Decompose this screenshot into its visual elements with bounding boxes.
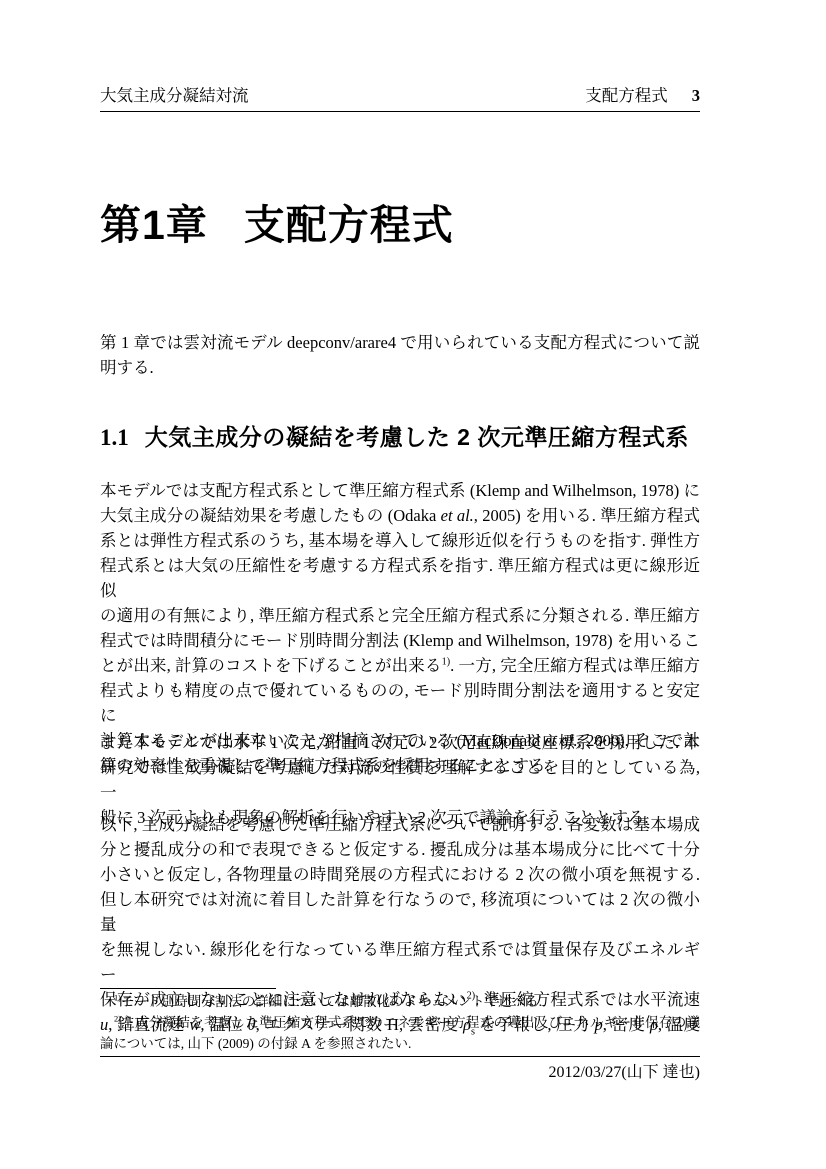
- section-heading: 1.1大気主成分の凝結を考慮した 2 次元準圧縮方程式系: [100, 422, 720, 453]
- footnote-2: 2)主成分凝結を考慮した準圧縮方程式系でのエネルギー方程式の導出及びエネルギー非…: [100, 1012, 700, 1054]
- text-line: 論については, 山下 (2009) の付録 A を参照されたい.: [100, 1033, 700, 1054]
- text-line: 分と擾乱成分の和で表現できると仮定する. 擾乱成分は基本場成分に比べて十分: [100, 837, 700, 862]
- text-line: 程式よりも精度の点で優れているものの, モード別時間分割法を適用すると安定に: [100, 678, 700, 728]
- text-line: 以下, 主成分凝結を考慮した準圧縮方程式系について説明する. 各変数は基本場成: [100, 812, 700, 837]
- text-line: とが出来, 計算のコストを下げることが出来る1). 一方, 完全圧縮方程式は準圧…: [100, 653, 700, 678]
- text-line: 大気主成分の凝結効果を考慮したもの (Odaka et al., 2005) を…: [100, 503, 700, 528]
- footnote-1: 1)モード別時間分割法の詳細については離散化のドキュメントで述べる.: [100, 991, 700, 1012]
- document-page: 大気主成分凝結対流 支配方程式 3 第1章支配方程式 第 1 章では雲対流モデル…: [0, 0, 826, 1169]
- text-line: 系とは弾性方程式系のうち, 基本場を導入して線形近似を行うものを指す. 弾性方: [100, 528, 700, 553]
- footer-date-author: 2012/03/27(山下 達也): [100, 1062, 700, 1084]
- page-header: 大気主成分凝結対流 支配方程式 3: [100, 86, 700, 112]
- intro-paragraph: 第 1 章では雲対流モデル deepconv/arare4 で用いられている支配…: [100, 330, 700, 380]
- footer-rule: [100, 1056, 700, 1057]
- section-number: 1.1: [100, 425, 129, 450]
- chapter-heading: 第1章支配方程式: [100, 200, 720, 250]
- text-line: 但し本研究では対流に着目した計算を行なうので, 移流項については 2 次の微小量: [100, 887, 700, 937]
- header-page-number: 3: [692, 86, 700, 106]
- header-right-group: 支配方程式 3: [585, 86, 700, 106]
- chapter-title: 支配方程式: [244, 202, 454, 248]
- text-line: また本モデルでは水平 1 次元, 鉛直 1 次元の 2 次元直線直交座標系を採用…: [100, 730, 700, 755]
- chapter-number: 第1章: [100, 202, 208, 248]
- footnote-rule: [100, 988, 276, 989]
- text-line: 程式では時間積分にモード別時間分割法 (Klemp and Wilhelmson…: [100, 628, 700, 653]
- text-line: 1)モード別時間分割法の詳細については離散化のドキュメントで述べる.: [100, 991, 700, 1012]
- header-section-title: 支配方程式: [585, 86, 668, 106]
- section-title: 大気主成分の凝結を考慮した 2 次元準圧縮方程式系: [145, 424, 689, 450]
- text-line: 明する.: [100, 355, 700, 380]
- text-line: 程式系とは大気の圧縮性を考慮する方程式系を指す. 準圧縮方程式は更に線形近似: [100, 553, 700, 603]
- text-line: 研究では主成分凝結を考慮した対流の性質を理解することを目的としている為, 一: [100, 755, 700, 805]
- text-line: 小さいと仮定し, 各物理量の時間発展の方程式における 2 次の微小項を無視する.: [100, 862, 700, 887]
- header-left-title: 大気主成分凝結対流: [100, 86, 249, 106]
- text-line: を無視しない. 線形化を行なっている準圧縮方程式系では質量保存及びエネルギー: [100, 937, 700, 987]
- text-line: 本モデルでは支配方程式系として準圧縮方程式系 (Klemp and Wilhel…: [100, 478, 700, 503]
- text-line: の適用の有無により, 準圧縮方程式系と完全圧縮方程式系に分類される. 準圧縮方: [100, 603, 700, 628]
- text-line: 第 1 章では雲対流モデル deepconv/arare4 で用いられている支配…: [100, 330, 700, 355]
- text-line: 2)主成分凝結を考慮した準圧縮方程式系でのエネルギー方程式の導出及びエネルギー非…: [100, 1012, 700, 1033]
